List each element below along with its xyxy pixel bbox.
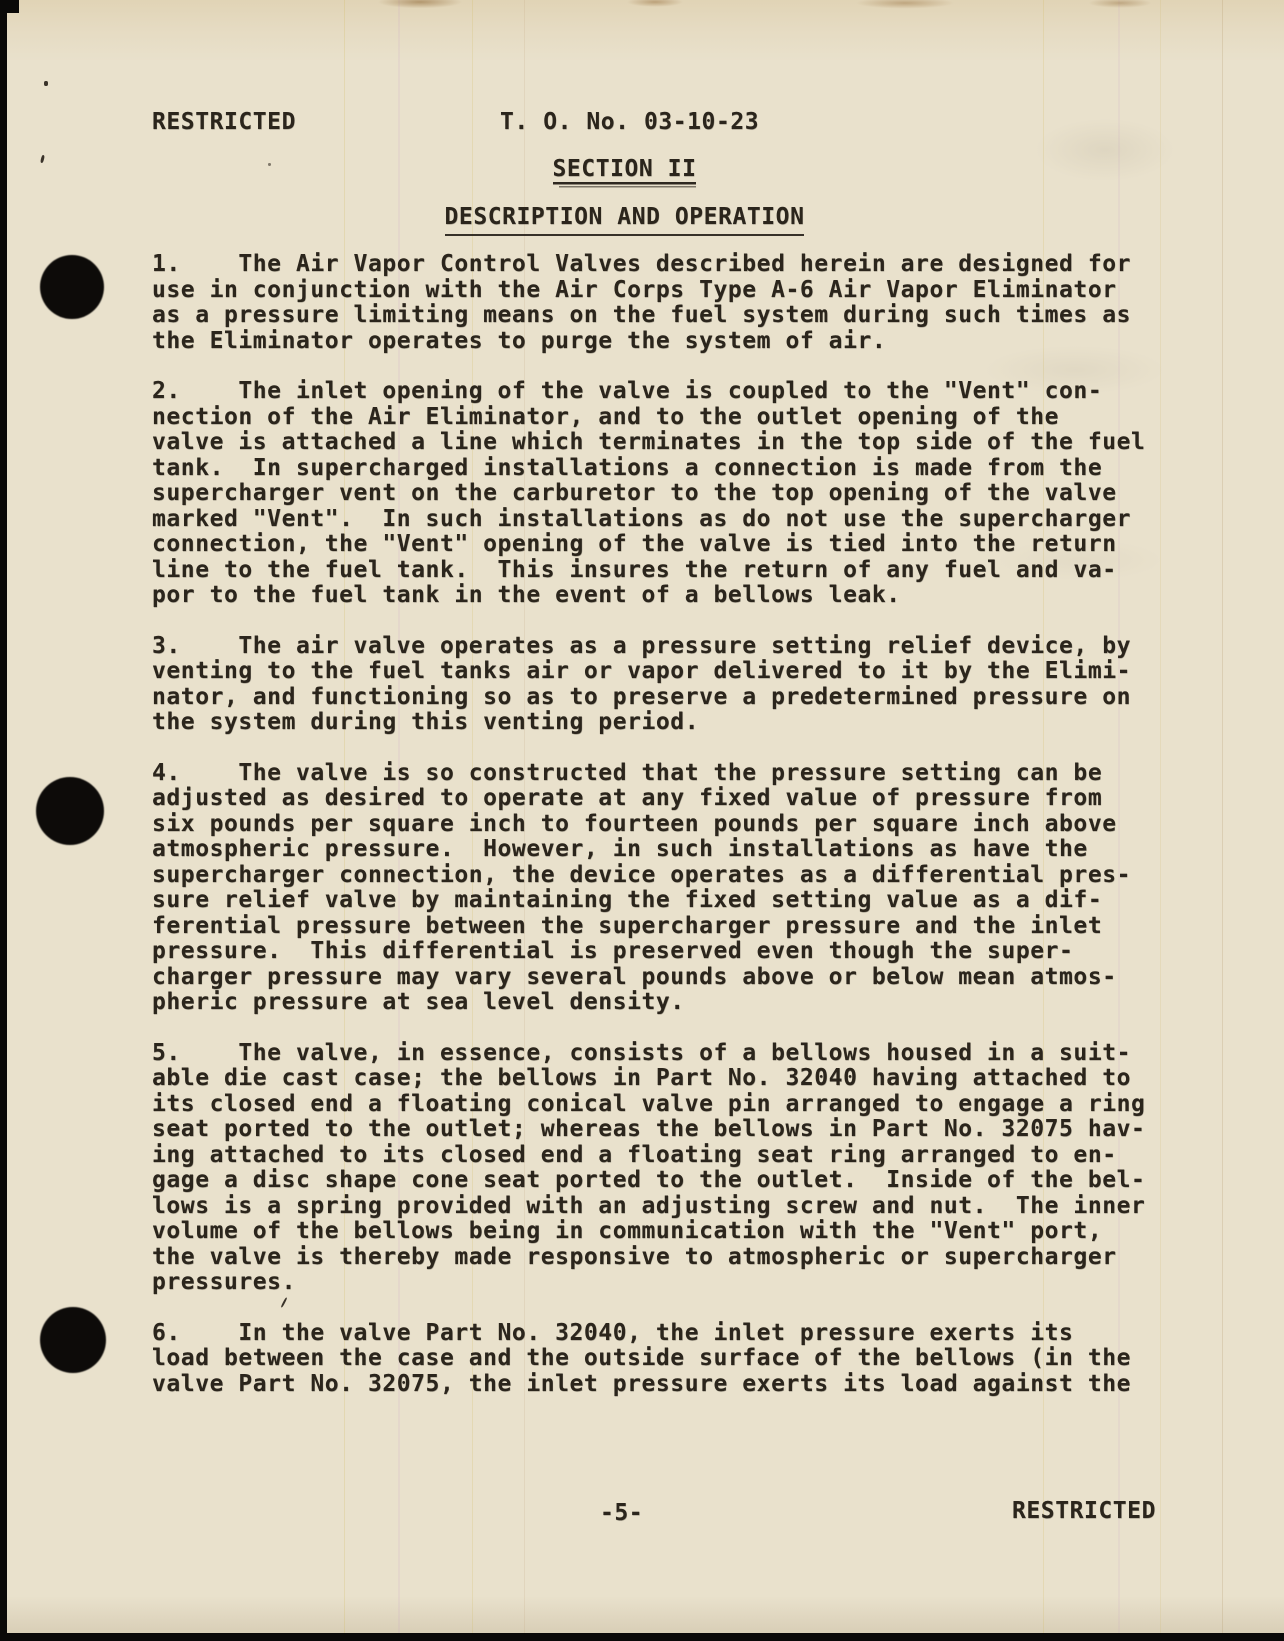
document-page: RESTRICTED T. O. No. 03-10-23 SECTION II… [0, 0, 1284, 1641]
section-subtitle: DESCRIPTION AND OPERATION [445, 205, 805, 236]
ink-speck [40, 155, 45, 163]
scan-edge-top-left-corner [0, 0, 19, 13]
paragraph-5: 5. The valve, in essence, consists of a … [152, 1041, 1145, 1296]
paragraph-2: 2. The inlet opening of the valve is cou… [152, 379, 1145, 609]
paragraph-4: 4. The valve is so constructed that the … [152, 761, 1145, 1016]
header-classification: RESTRICTED [152, 110, 296, 136]
hole-punch-dot [40, 1307, 106, 1373]
ink-speck [44, 81, 48, 86]
section-title: SECTION II [553, 157, 697, 188]
footer-page-number: -5- [600, 1501, 643, 1527]
hole-punch-dot [36, 777, 104, 845]
paragraph-6: 6. In the valve Part No. 32040, the inle… [152, 1321, 1145, 1398]
hole-punch-dot [40, 255, 104, 319]
paragraph-1: 1. The Air Vapor Control Valves describe… [152, 252, 1145, 354]
header-technical-order-number: T. O. No. 03-10-23 [500, 110, 759, 136]
scan-edge-bottom [0, 1633, 1284, 1641]
footer-classification: RESTRICTED [1012, 1499, 1156, 1525]
scan-edge-left [0, 0, 7, 1641]
body-text: 1. The Air Vapor Control Valves describe… [152, 252, 1145, 1422]
paragraph-3: 3. The air valve operates as a pressure … [152, 634, 1145, 736]
